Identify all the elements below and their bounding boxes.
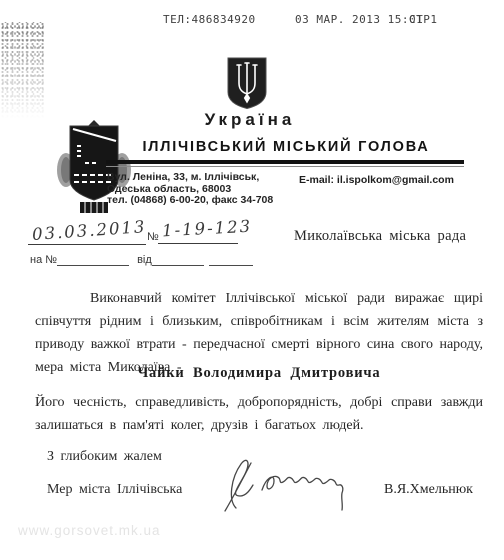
letterhead-address: Вул. Леніна, 33, м. Іллічівськ, Одеська … [107,172,287,207]
handwritten-date: 03.03.2013 [31,217,147,244]
deceased-name: Чайки Володимира Дмитровича [35,365,483,382]
reply-na-label: на № [30,254,57,266]
body-paragraph-2: Його чесність, справедливість, добропоря… [35,391,483,437]
address-line-3: тел. (04868) 6-00-20, факс 34-708 [107,195,287,207]
country-name: Україна [170,110,330,130]
recipient: Миколаївська міська рада [294,228,466,245]
address-line-1: Вул. Леніна, 33, м. Іллічівськ, [107,172,287,184]
signer-name: В.Я.Хмельнюк [384,482,473,498]
date-underline [28,244,146,245]
site-watermark: www.gorsovet.mk.ua [18,523,161,538]
ukraine-trident-icon [224,56,270,110]
handwritten-signature [220,452,372,516]
scan-noise-patch [0,22,44,122]
fax-datetime-header: 03 МАР. 2013 15:01 [295,13,423,26]
reply-vid-label: від [137,254,152,266]
reply-vid-blank-2 [209,253,253,266]
scanned-letter-page: ТЕЛ:486834920 03 МАР. 2013 15:01 СТР1 Ук… [0,0,504,560]
letterhead-title: ІЛЛІЧІВСЬКИЙ МІСЬКИЙ ГОЛОВА [108,139,464,155]
reply-reference-line: на № від [30,253,253,266]
reply-na-blank [57,253,129,266]
reply-vid-blank-1 [152,253,204,266]
closing-sorrow: З глибоким жалем [47,449,162,465]
number-sign-label: № [147,231,159,243]
number-underline [158,243,238,244]
handwritten-number: 1-19-123 [162,217,253,241]
fax-tel-header: ТЕЛ:486834920 [163,13,256,26]
title-rule-thick [106,160,464,164]
signer-position: Мер міста Іллічівська [47,482,182,498]
letterhead-email: E-mail: il.ispolkom@gmail.com [299,174,454,186]
title-rule-thin [106,166,464,167]
fax-page-header: СТР1 [409,13,438,26]
